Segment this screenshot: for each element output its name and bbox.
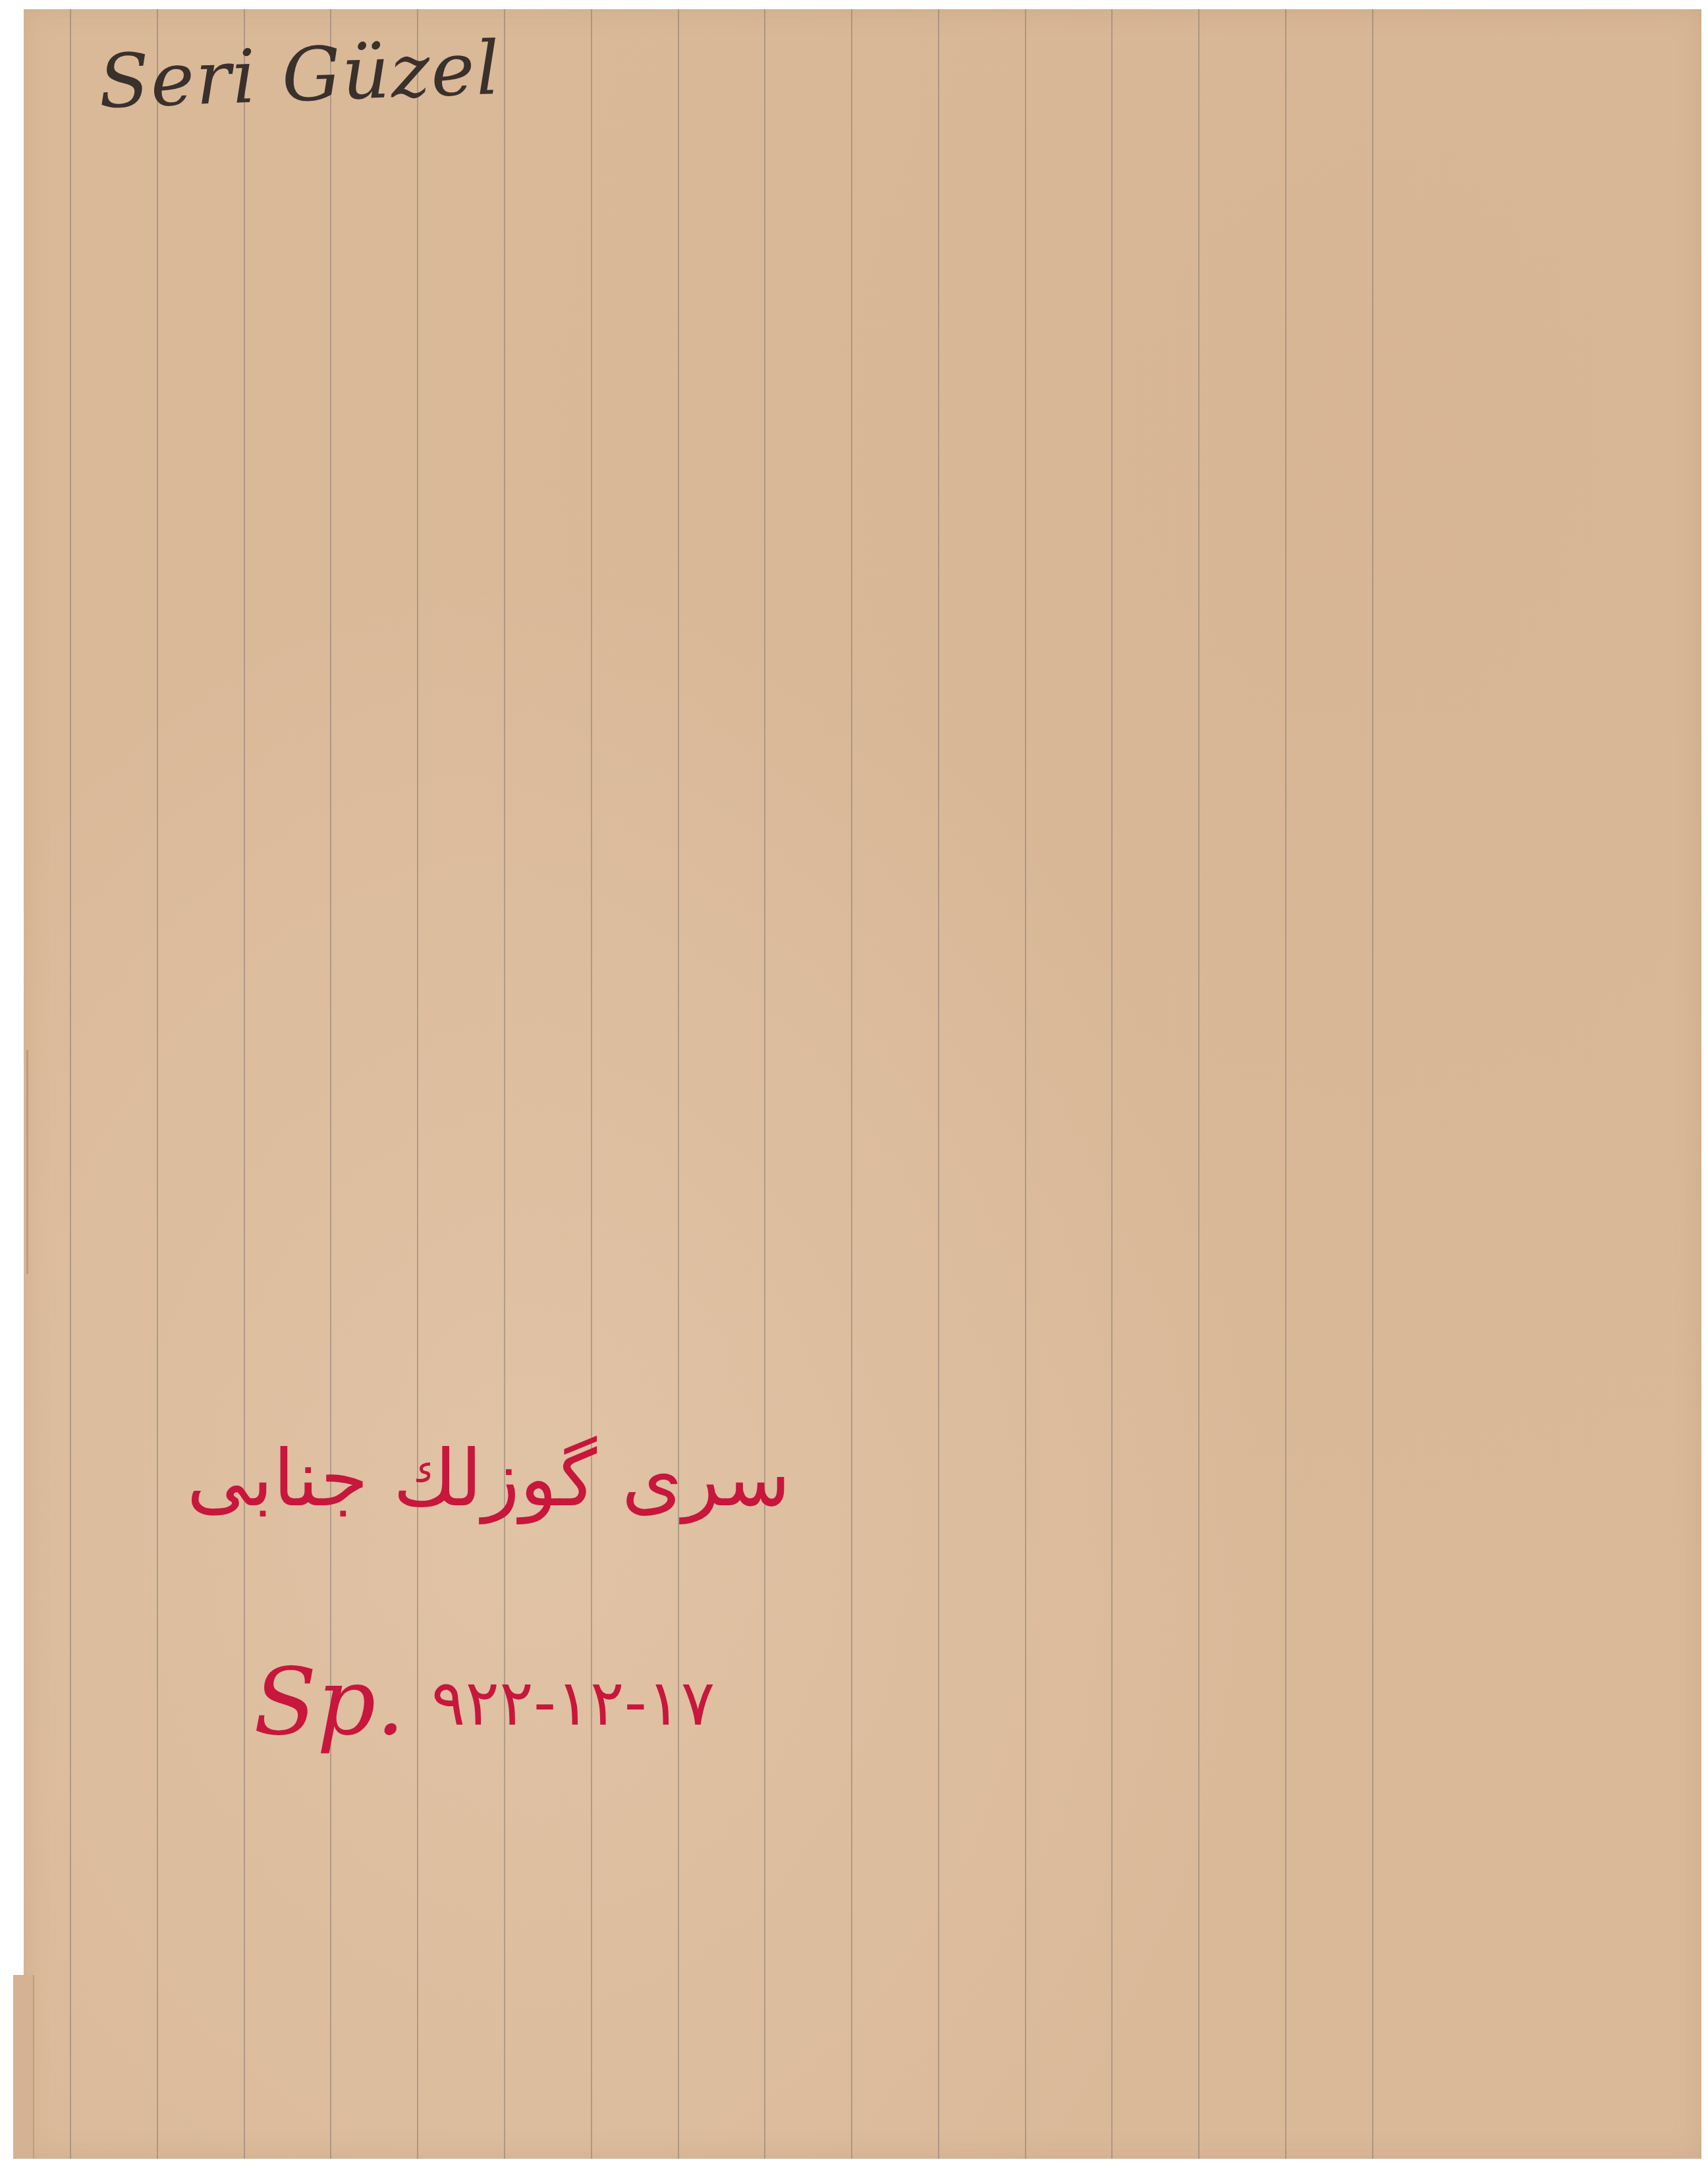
- torn-edge: [17, 1050, 28, 1274]
- ruled-line: [157, 9, 158, 2159]
- folded-corner: [13, 1975, 34, 2159]
- ruled-line: [1198, 9, 1199, 2159]
- ruled-line: [591, 9, 592, 2159]
- ruled-line: [244, 9, 245, 2159]
- ruled-line: [417, 9, 418, 2159]
- date-line: Sp. ١٧-١٢-٩٢٢: [254, 1657, 715, 1749]
- paper-sheet: [24, 9, 1701, 2159]
- ruled-line: [330, 9, 331, 2159]
- signature-mark: Sp.: [254, 1657, 405, 1749]
- ruled-line: [1372, 9, 1373, 2159]
- ruled-line: [1285, 9, 1286, 2159]
- ruled-line: [504, 9, 505, 2159]
- ruled-line: [938, 9, 939, 2159]
- ottoman-inscription: سرى گوزلك جنابى: [171, 1433, 790, 1524]
- ruled-line: [678, 9, 679, 2159]
- ruled-line: [1111, 9, 1113, 2159]
- ruled-line: [851, 9, 852, 2159]
- ruled-line: [70, 9, 71, 2159]
- ruled-line: [1025, 9, 1026, 2159]
- date-value: ١٧-١٢-٩٢٢: [431, 1666, 715, 1740]
- ruled-line: [764, 9, 765, 2159]
- handwritten-name: Seri Güzel: [97, 26, 503, 125]
